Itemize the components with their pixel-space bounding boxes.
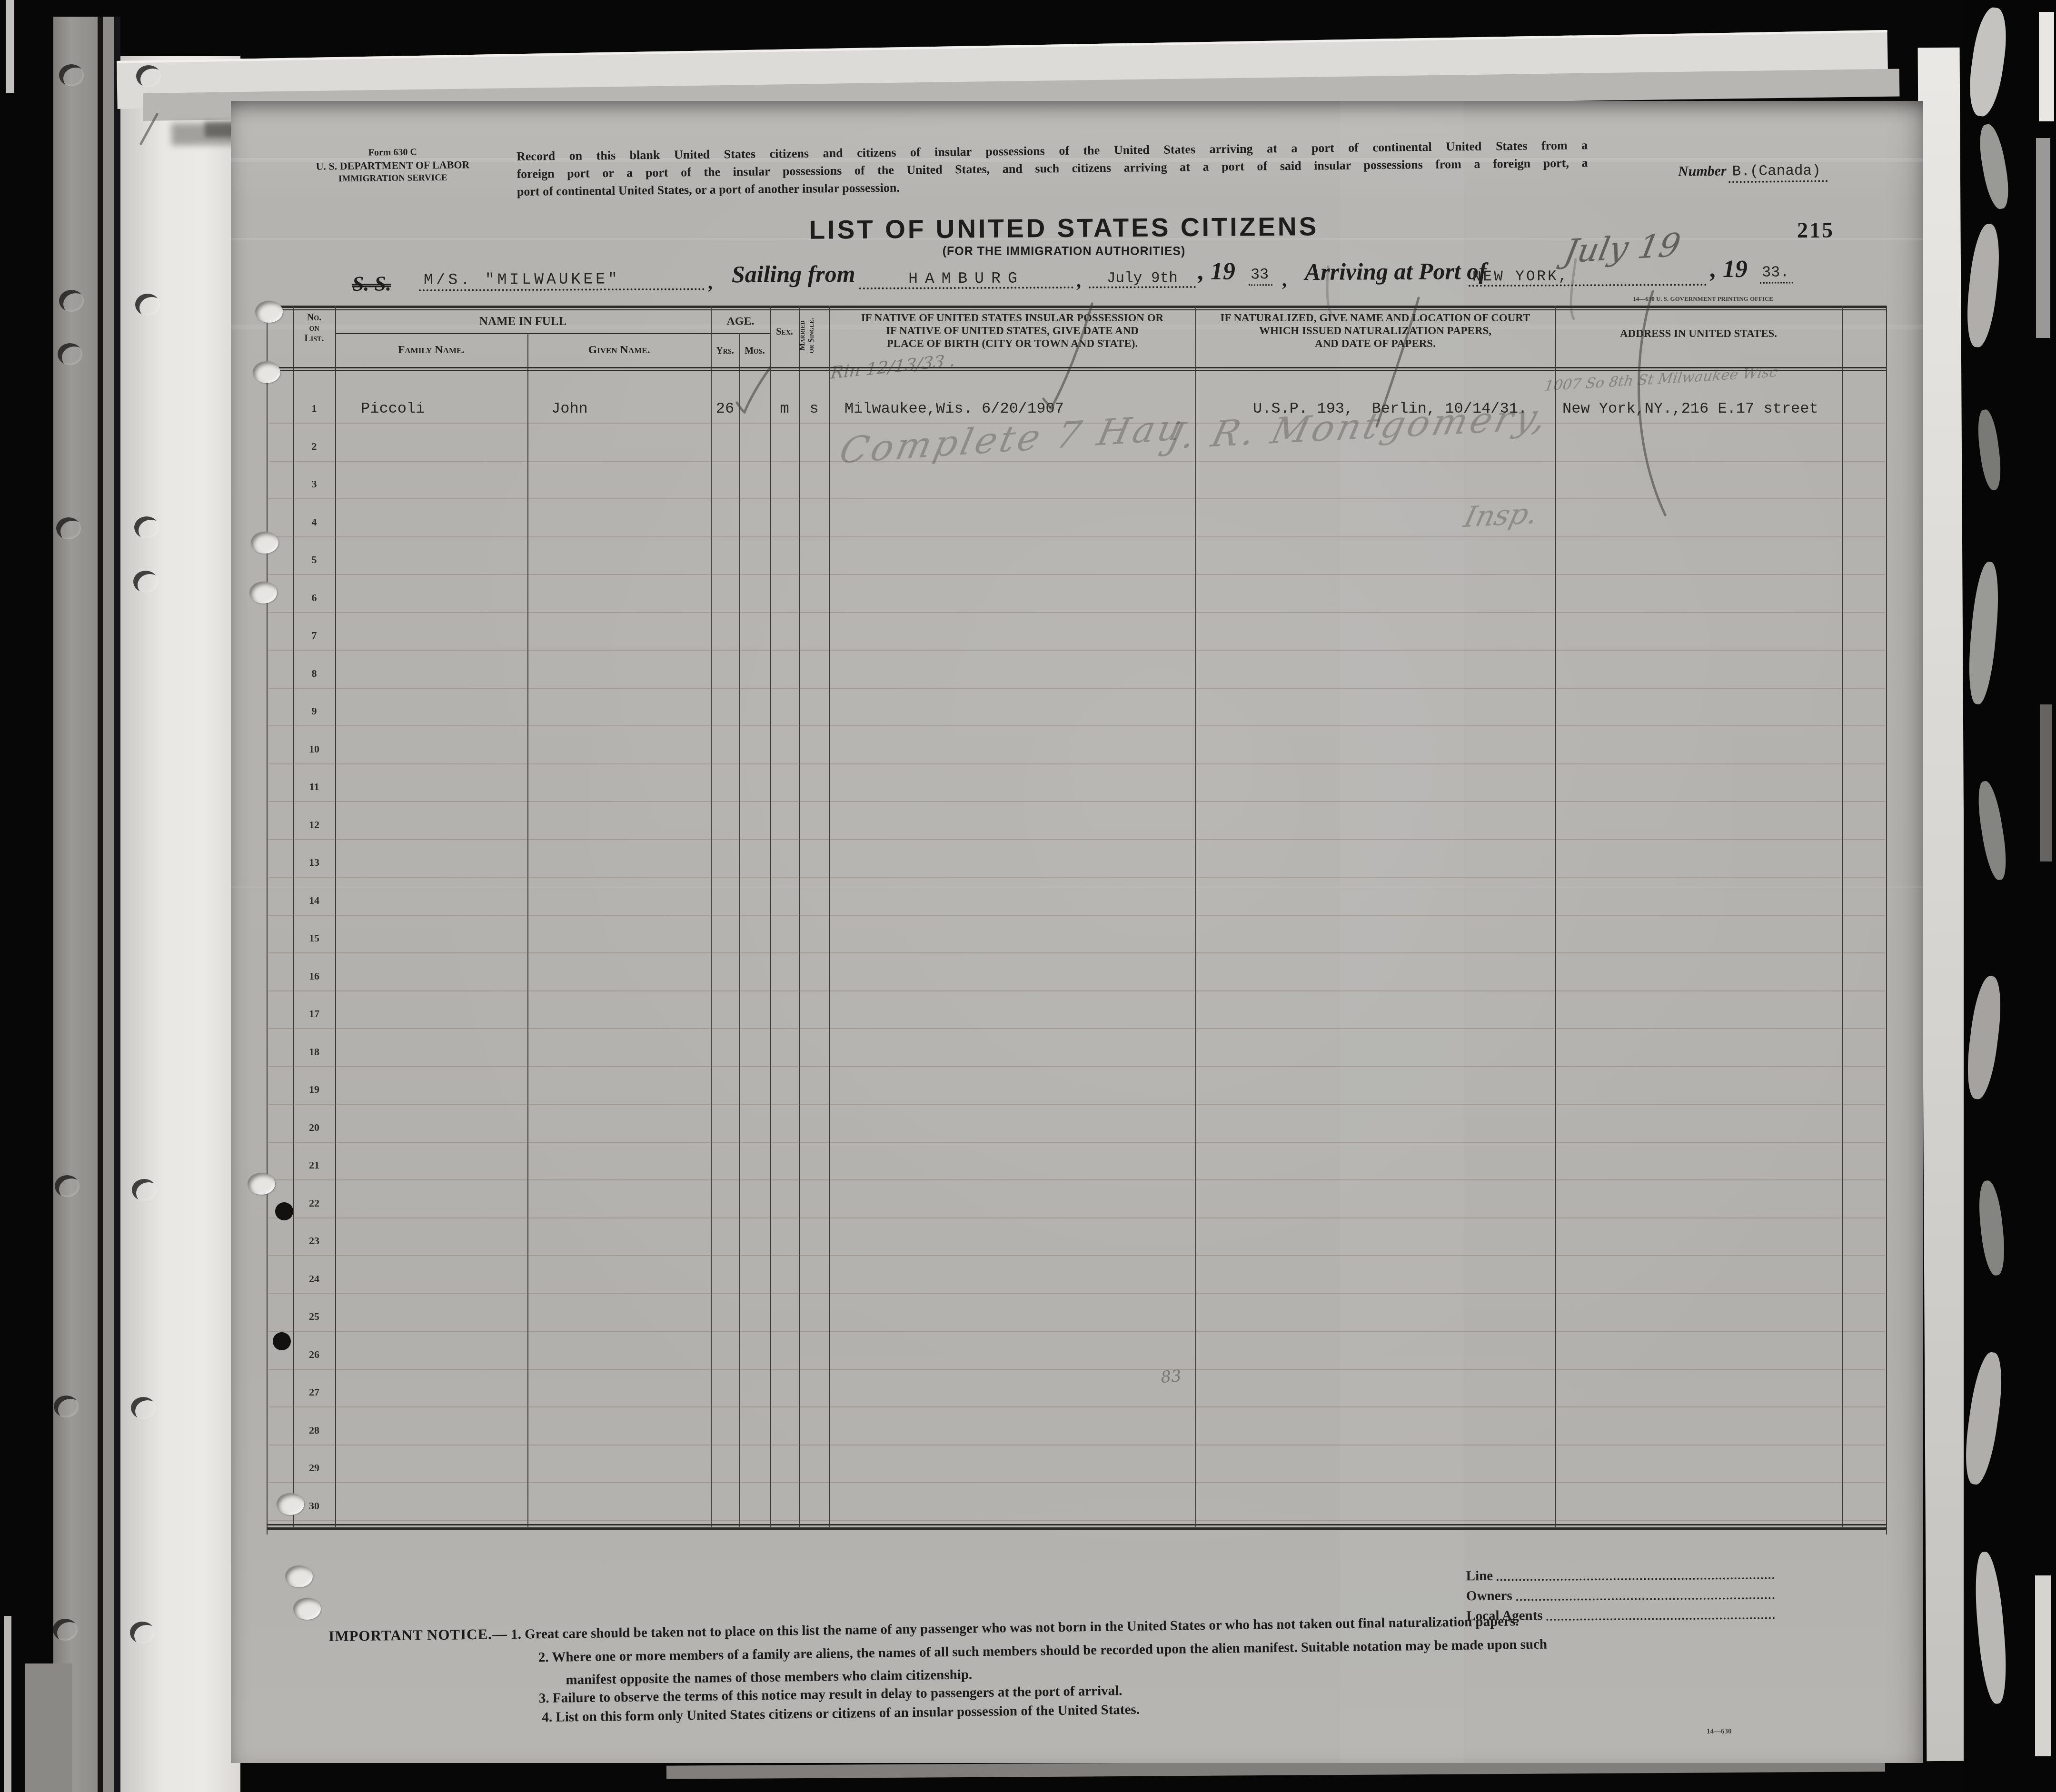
manifest-page: Form 630 C U. S. DEPARTMENT OF LABOR IMM… — [231, 101, 1923, 1763]
sailing-date: July 9th — [1107, 270, 1178, 287]
row-separator — [268, 763, 1885, 764]
cell-address: New York,NY.,216 E.17 street — [1562, 400, 1818, 420]
header-sex: Sex. — [770, 327, 799, 337]
header-no-on-list: No.onList. — [293, 312, 335, 344]
comma: , — [708, 271, 713, 293]
header-given-name: Given Name. — [527, 344, 711, 356]
line-field: Line — [1466, 1562, 1775, 1584]
row-separator — [268, 1179, 1885, 1180]
vessel-name-field: M/S. "MILWAUKEE" — [419, 266, 705, 291]
owners-label: Owners — [1466, 1588, 1512, 1604]
punch-hole — [275, 1202, 293, 1220]
under-sheet-edge — [1918, 48, 1969, 1761]
punch-hole — [55, 1175, 79, 1197]
dotted-leader — [1497, 1577, 1775, 1581]
page-stack-edge-bright — [120, 56, 240, 1792]
punch-hole — [53, 1619, 78, 1641]
row-number: 2 — [293, 440, 335, 453]
row-separator — [268, 1218, 1885, 1218]
scanned-manifest-photograph: Form 630 C U. S. DEPARTMENT OF LABOR IMM… — [0, 0, 2056, 1792]
row-separator — [268, 1406, 1885, 1407]
torn-film-edge — [1964, 0, 2056, 1792]
department-name: U. S. DEPARTMENT OF LABOR — [293, 158, 493, 173]
row-separator — [268, 952, 1885, 953]
punch-hole — [293, 1598, 321, 1620]
sailing-port-field: HAMBURG — [859, 265, 1073, 289]
punch-hole — [134, 516, 159, 538]
row-separator — [268, 498, 1885, 499]
row-number: 6 — [293, 592, 335, 604]
sailing-date-field: July 9th — [1089, 264, 1196, 288]
annotation-inspector-title: Insp. — [1461, 497, 1541, 534]
comma: , — [1282, 268, 1287, 291]
form-identification-block: Form 630 C U. S. DEPARTMENT OF LABOR IMM… — [293, 145, 493, 186]
notice-label: IMPORTANT NOTICE.— — [328, 1625, 507, 1644]
row-number: 4 — [293, 516, 335, 528]
cell-married: s — [799, 400, 829, 420]
number-value: B.(Canada) — [1728, 162, 1828, 183]
page-stack-edge — [25, 1663, 72, 1792]
header-naturalized: IF NATURALIZED, GIVE NAME AND LOCATION O… — [1195, 311, 1555, 350]
row-separator — [268, 877, 1885, 878]
row-separator — [268, 536, 1885, 537]
sailing-year: 33 — [1249, 266, 1273, 286]
row-number: 23 — [293, 1235, 335, 1247]
ss-prefix: S. S. — [352, 271, 391, 296]
manifest-number-field: Number B.(Canada) — [1678, 162, 1828, 180]
row-number: 14 — [293, 894, 335, 907]
sailing-port: HAMBURG — [908, 269, 1024, 287]
punch-hole — [253, 361, 280, 383]
row-separator — [268, 574, 1885, 575]
punch-hole — [59, 64, 84, 86]
owners-field: Owners — [1466, 1582, 1775, 1604]
row-number: 15 — [293, 932, 335, 944]
punch-hole — [248, 1173, 275, 1195]
row-number: 3 — [293, 478, 335, 490]
row-number: 10 — [293, 743, 335, 755]
punch-hole — [277, 1493, 304, 1515]
punch-hole — [59, 290, 84, 312]
page-stack-shadow — [114, 17, 120, 1792]
row-number: 27 — [293, 1386, 335, 1398]
dotted-leader — [1516, 1597, 1775, 1601]
row-separator — [268, 1293, 1885, 1294]
page-number: 215 — [1797, 218, 1834, 243]
punch-hole — [132, 1179, 157, 1201]
notice-line: manifest opposite the names of those mem… — [566, 1667, 972, 1688]
punch-hole — [56, 517, 81, 539]
row-separator — [268, 1331, 1885, 1332]
film-scratch — [6, 0, 14, 93]
row-separator — [268, 915, 1885, 916]
row-number: 8 — [293, 667, 335, 680]
row-separator — [268, 725, 1885, 726]
print-code: 14—630 — [1707, 1728, 1732, 1736]
comma: , — [1076, 269, 1081, 292]
form-title: LIST OF UNITED STATES CITIZENS — [659, 210, 1469, 246]
row-number: 16 — [293, 970, 335, 982]
line-label: Line — [1466, 1568, 1493, 1584]
vessel-name: M/S. "MILWAUKEE" — [424, 270, 620, 289]
number-label: Number — [1678, 163, 1727, 179]
service-name: IMMIGRATION SERVICE — [293, 171, 493, 186]
page-stack-shadow — [98, 17, 103, 1792]
arrival-date-handwritten: July 19 — [1561, 227, 1683, 271]
year-printed: , 19 — [1710, 255, 1748, 283]
page-stack-edge — [103, 17, 114, 1792]
cell-given: John — [551, 400, 588, 420]
header-name-in-full: NAME IN FULL — [335, 315, 711, 328]
punch-hole — [251, 532, 278, 554]
form-instructions: Record on this blank United States citiz… — [516, 136, 1588, 200]
cell-yrs: 26 — [711, 400, 739, 420]
row-number: 25 — [293, 1310, 335, 1323]
row-separator — [268, 461, 1885, 462]
row-separator — [268, 1066, 1885, 1067]
header-address: ADDRESS IN UNITED STATES. — [1555, 327, 1842, 340]
row-separator — [268, 650, 1885, 651]
sailing-from-label: Sailing from — [732, 260, 855, 288]
row-separator — [268, 801, 1885, 802]
row-separator — [268, 1445, 1885, 1445]
arrival-year: 33. — [1760, 263, 1793, 283]
printing-office-code: 14—630 U. S. GOVERNMENT PRINTING OFFICE — [1516, 295, 1773, 303]
row-separator — [268, 1104, 1885, 1105]
year-printed: , 19 — [1198, 257, 1235, 286]
annotation-margin-number: 83 — [1160, 1366, 1182, 1387]
header-family-name: Family Name. — [335, 344, 527, 356]
dotted-leader — [1547, 1617, 1775, 1621]
header-married-or-single: Marriedor Single. — [797, 304, 831, 367]
row-separator — [268, 612, 1885, 613]
row-number: 12 — [293, 819, 335, 831]
row-number: 29 — [293, 1462, 335, 1474]
punch-hole — [273, 1332, 291, 1350]
row-separator — [268, 1369, 1885, 1370]
row-number: 11 — [293, 781, 335, 793]
row-number: 5 — [293, 554, 335, 566]
punch-hole — [135, 294, 160, 316]
row-number: 20 — [293, 1121, 335, 1134]
notice-line: 4. List on this form only United States … — [542, 1702, 1140, 1725]
row-number: 17 — [293, 1008, 335, 1020]
header-age: AGE. — [711, 315, 770, 328]
row-number: 18 — [293, 1046, 335, 1058]
punch-hole — [249, 582, 277, 604]
punch-hole — [131, 1397, 156, 1419]
film-scratch — [4, 1616, 11, 1792]
row-number: 28 — [293, 1424, 335, 1436]
row-separator — [268, 839, 1885, 840]
row-number: 21 — [293, 1159, 335, 1171]
page-stack-edge — [53, 17, 98, 1792]
cell-family: Piccoli — [361, 400, 425, 420]
header-yrs: Yrs. — [711, 346, 739, 356]
arriving-label: Arriving at Port of — [1305, 257, 1487, 286]
header-mos: Mos. — [739, 346, 770, 356]
row-number: 7 — [293, 629, 335, 642]
punch-hole — [255, 301, 283, 323]
cell-sex: m — [770, 400, 799, 420]
row-number: 19 — [293, 1083, 335, 1096]
row-number: 24 — [293, 1273, 335, 1285]
row-separator — [268, 1520, 1885, 1521]
punch-hole — [58, 343, 82, 365]
row-separator — [268, 990, 1885, 991]
header-birth: IF NATIVE OF UNITED STATES INSULAR POSSE… — [829, 311, 1195, 350]
punch-hole — [285, 1565, 313, 1587]
row-number: 1 — [293, 402, 335, 415]
row-number: 13 — [293, 856, 335, 869]
row-number: 26 — [293, 1348, 335, 1361]
row-separator — [268, 1255, 1885, 1256]
row-separator — [268, 1028, 1885, 1029]
row-separator — [268, 688, 1885, 689]
arrival-port: NEW YORK, — [1472, 268, 1569, 285]
punch-hole — [54, 1396, 79, 1417]
row-separator — [268, 1482, 1885, 1483]
passenger-table: No.onList. NAME IN FULL AGE. Family Name… — [267, 306, 1887, 1535]
punch-hole — [130, 1622, 155, 1643]
row-number: 22 — [293, 1197, 335, 1209]
row-separator — [268, 1142, 1885, 1143]
punch-hole — [133, 571, 158, 593]
row-number: 9 — [293, 705, 335, 717]
punch-hole — [136, 65, 161, 87]
